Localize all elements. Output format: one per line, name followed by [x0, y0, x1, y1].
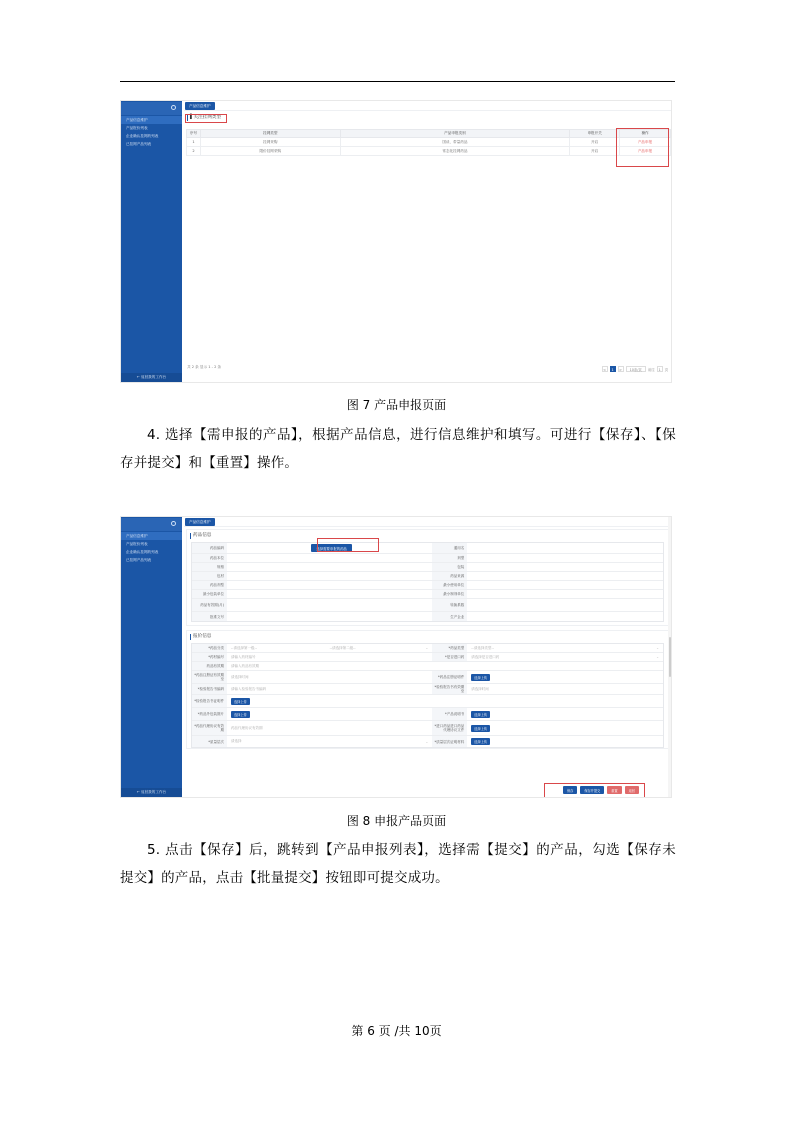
field-value[interactable]: 请输入药材编号 — [227, 653, 432, 661]
drug-info-row: 包材药品来源 — [192, 572, 663, 581]
upload-button[interactable]: 选择上传 — [471, 711, 490, 718]
table-row: 1 挂网采购 国谈、带量药品 开启 产品申报 — [187, 138, 671, 147]
tab-bar: 产品信息维护 — [184, 101, 671, 111]
field-label: *药品分类 — [192, 644, 227, 652]
field-label: *质量层次证明材料 — [432, 736, 467, 747]
quote-info-row: *药材编号请输入药材编号*是否进口药请选择是否进口药⌄ — [192, 653, 663, 662]
input-placeholder[interactable]: --请选择第一级-- — [231, 646, 257, 651]
field-value — [467, 543, 663, 553]
field-value — [227, 554, 432, 562]
table-row: 2 限价挂网采购 常态化挂网药品 开启 产品申报 — [187, 147, 671, 156]
field-value — [467, 572, 663, 580]
field-value — [467, 590, 663, 598]
input-placeholder[interactable]: 请输入药品有效期 — [231, 664, 259, 669]
back-to-workbench-button[interactable]: ← 返回我的工作台 — [121, 373, 182, 382]
field-label: 通用名 — [432, 543, 467, 553]
chevron-down-icon: ⌄ — [656, 646, 659, 650]
sidebar-item-listed-products[interactable]: 已挂网产品列表 — [121, 140, 182, 148]
field-value[interactable]: 选择上传 — [467, 708, 663, 720]
tab-bar: 产品信息维护 — [184, 517, 671, 527]
field-label: *药品注册证明件 — [432, 671, 467, 683]
drug-info-row: 药品编码选择需要申报的药品通用名 — [192, 543, 663, 554]
field-label: *检验报告书有效期至 — [432, 684, 467, 694]
field-label: *药材编号 — [192, 653, 227, 661]
upload-button[interactable]: 选择上传 — [231, 711, 250, 718]
field-value[interactable]: 请输入检验报告书编码 — [227, 684, 432, 694]
field-label: 最小包装单位 — [192, 590, 227, 598]
quote-info-grid: *药品分类--请选择第一级----请选择第二级--⌄*药品类型--请选择类型--… — [191, 643, 664, 748]
quote-info-title: 报价信息 — [190, 634, 668, 640]
input-placeholder[interactable]: 请选择是否进口药 — [471, 655, 499, 660]
drug-info-row: 规格包装 — [192, 563, 663, 572]
field-label: 药品编码 — [192, 543, 227, 553]
field-label: *是否进口药 — [432, 653, 467, 661]
field-label: 包装 — [432, 563, 467, 571]
record-count: 共 2 条 显示 1 - 2 条 — [187, 365, 221, 370]
field-label: 包材 — [192, 572, 227, 580]
cell-type: 挂网采购 — [200, 138, 340, 147]
field-value[interactable]: 药品代理协议有效期 — [227, 721, 432, 735]
quote-info-row: *质量层次请选择⌄*质量层次证明材料选择上传 — [192, 736, 663, 747]
figure-7-screenshot: 产品信息维护 产品报价列表 企业确认挂网药列表 已挂网产品列表 ← 返回我的工作… — [120, 100, 672, 383]
paragraph-step-4: 4. 选择【需申报的产品】，根据产品信息，进行信息维护和填写。可进行【保存】、【… — [120, 421, 676, 477]
field-value — [467, 554, 663, 562]
field-label: 药品有效期(月) — [192, 599, 227, 611]
field-label: 规格 — [192, 563, 227, 571]
cell-index: 1 — [187, 138, 201, 147]
input-placeholder[interactable]: 请选择时间 — [471, 687, 489, 692]
upload-button[interactable]: 选择上传 — [471, 725, 490, 732]
field-value[interactable]: 请选择是否进口药⌄ — [467, 653, 663, 661]
field-value — [467, 563, 663, 571]
field-label: *药品类型 — [432, 644, 467, 652]
highlight-box-actions — [616, 128, 669, 167]
main-area: 产品信息维护 药品信息 药品编码选择需要申报的药品通用名药品本位剂型规格包装包材… — [184, 517, 671, 797]
quote-info-row: *检验报告书编码请输入检验报告书编码*检验报告书有效期至请选择时间 — [192, 684, 663, 695]
input-placeholder[interactable]: 药品代理协议有效期 — [231, 726, 263, 731]
paragraph-step-5: 5. 点击【保存】后，跳转到【产品申报列表】，选择需【提交】的产品，勾选【保存未… — [120, 836, 676, 892]
field-value — [467, 612, 663, 621]
field-label: *检验报告书证明件 — [192, 695, 227, 707]
drug-info-grid: 药品编码选择需要申报的药品通用名药品本位剂型规格包装包材药品来源药品剂型最小使用… — [191, 542, 664, 622]
field-label: *进口药品进口药品代理协议文件 — [432, 721, 467, 735]
drug-info-row: 药品本位剂型 — [192, 554, 663, 563]
quote-info-row: 药品有效期请输入药品有效期 — [192, 662, 663, 671]
scrollbar-thumb[interactable] — [669, 637, 671, 677]
field-value[interactable]: 选择上传 — [227, 708, 432, 720]
field-label: 药品来源 — [432, 572, 467, 580]
field-value — [467, 599, 663, 611]
upload-button[interactable]: 选择上传 — [231, 698, 250, 705]
field-value — [467, 581, 663, 589]
field-value[interactable]: 选择上传 — [227, 695, 420, 707]
field-label: *检验报告书编码 — [192, 684, 227, 694]
tab-product-info[interactable]: 产品信息维护 — [185, 518, 215, 526]
paragraph-step-4-text: 4. 选择【需申报的产品】，根据产品信息，进行信息维护和填写。可进行【保存】、【… — [120, 427, 676, 471]
field-label: *药品注册证有效期至 — [192, 671, 227, 683]
field-label: 药品本位 — [192, 554, 227, 562]
sidebar-item-enterprise-confirm[interactable]: 企业确认挂网药列表 — [121, 548, 182, 556]
sidebar-item-enterprise-confirm[interactable]: 企业确认挂网药列表 — [121, 132, 182, 140]
scrollbar[interactable] — [668, 517, 671, 797]
drug-info-row: 药品有效期(月)转换系数 — [192, 599, 663, 612]
field-value[interactable]: --请选择第一级----请选择第二级--⌄ — [227, 644, 432, 652]
select-placeholder[interactable]: --请选择第二级-- — [330, 646, 356, 651]
quote-info-row: *药品分类--请选择第一级----请选择第二级--⌄*药品类型--请选择类型--… — [192, 644, 663, 653]
page-suffix: 页 — [665, 367, 668, 372]
figure-8-caption: 图 8 申报产品页面 — [0, 812, 793, 829]
field-value[interactable]: 选择上传 — [467, 671, 663, 683]
drug-info-title: 药品信息 — [190, 533, 668, 539]
field-label: 最小制剂单位 — [432, 590, 467, 598]
field-label: 剂型 — [432, 554, 467, 562]
quote-info-row: *药品注册证有效期至请选择时间*药品注册证明件选择上传 — [192, 671, 663, 684]
field-value — [227, 590, 432, 598]
field-value[interactable]: 选择上传 — [467, 736, 663, 747]
input-placeholder[interactable]: --请选择类型-- — [471, 646, 494, 651]
next-page-button[interactable]: > — [618, 366, 624, 372]
field-label: 药品有效期 — [192, 662, 227, 670]
goto-input[interactable]: 1 — [657, 366, 663, 372]
cell-type: 限价挂网采购 — [200, 147, 340, 156]
goto-label: 前往 — [648, 367, 655, 372]
sidebar-item-product-quote[interactable]: 产品报价列表 — [121, 124, 182, 132]
field-label: *药品外包装图片 — [192, 708, 227, 720]
sidebar-item-product-info[interactable]: 产品信息维护 — [121, 116, 182, 124]
upload-button[interactable]: 选择上传 — [471, 738, 490, 745]
highlight-box — [185, 114, 227, 123]
field-label: *产品说明书 — [432, 708, 467, 720]
search-icon — [171, 521, 176, 526]
field-value[interactable]: 请选择时间 — [227, 671, 432, 683]
drug-info-row: 药品剂型最小使用单位 — [192, 581, 663, 590]
field-value — [227, 581, 432, 589]
quote-info-row: *药品代理协议有效期药品代理协议有效期*进口药品进口药品代理协议文件选择上传 — [192, 721, 663, 736]
field-value[interactable]: 选择上传 — [467, 721, 663, 735]
col-category: 产品申报类别 — [340, 130, 570, 138]
drug-info-row: 最小包装单位最小制剂单位 — [192, 590, 663, 599]
col-type: 挂网类型 — [200, 130, 340, 138]
field-value[interactable]: --请选择类型--⌄ — [467, 644, 663, 652]
input-placeholder[interactable]: 请选择时间 — [231, 675, 249, 680]
figure-8-screenshot: 产品信息维护 产品报价列表 企业确认挂网药列表 已挂网产品列表 ← 返回我的工作… — [120, 516, 672, 798]
field-label: 药品剂型 — [192, 581, 227, 589]
field-value — [227, 612, 432, 621]
cell-index: 2 — [187, 147, 201, 156]
field-value[interactable]: 请输入药品有效期 — [227, 662, 420, 670]
field-value[interactable]: 请选择⌄ — [227, 736, 432, 747]
chevron-down-icon: ⌄ — [425, 740, 428, 744]
field-value[interactable]: 请选择时间 — [467, 684, 663, 694]
sidebar: 产品信息维护 产品报价列表 企业确认挂网药列表 已挂网产品列表 ← 返回我的工作… — [121, 517, 182, 797]
field-label: 最小使用单位 — [432, 581, 467, 589]
input-placeholder[interactable]: 请输入药材编号 — [231, 655, 256, 660]
field-value — [227, 563, 432, 571]
chevron-down-icon: ⌄ — [656, 655, 659, 659]
pagination: < 1 > 10条/页 前往 1 页 — [602, 366, 668, 372]
sidebar-search[interactable] — [121, 102, 182, 115]
drug-info-row: 批准文号生产企业 — [192, 612, 663, 621]
page-size-select[interactable]: 10条/页 — [626, 366, 646, 372]
quote-info-panel: 报价信息 *药品分类--请选择第一级----请选择第二级--⌄*药品类型--请选… — [186, 630, 669, 749]
field-label: *质量层次 — [192, 736, 227, 747]
highlight-box-select — [317, 538, 379, 552]
col-index: 序号 — [187, 130, 201, 138]
listing-type-table: 序号 挂网类型 产品申报类别 申报开关 操作 1 挂网采购 国谈、带量药品 开启… — [186, 129, 671, 156]
cell-category: 国谈、带量药品 — [340, 138, 570, 147]
chevron-down-icon: ⌄ — [425, 646, 428, 650]
field-label: 批准文号 — [192, 612, 227, 621]
page-1-button[interactable]: 1 — [610, 366, 616, 372]
sidebar-search[interactable] — [121, 518, 182, 531]
main-area: 产品信息维护 ▌关注挂网类型 序号 挂网类型 产品申报类别 申报开关 操作 1 … — [184, 101, 671, 382]
cell-switch: 开启 — [570, 147, 620, 156]
back-to-workbench-button[interactable]: ← 返回我的工作台 — [121, 788, 182, 797]
quote-info-row: *检验报告书证明件选择上传 — [192, 695, 663, 708]
page-footer: 第 6 页 /共 10页 — [0, 1022, 793, 1039]
input-placeholder[interactable]: 请输入检验报告书编码 — [231, 687, 266, 692]
sidebar-item-product-quote[interactable]: 产品报价列表 — [121, 540, 182, 548]
cell-category: 常态化挂网药品 — [340, 147, 570, 156]
field-label: 转换系数 — [432, 599, 467, 611]
paragraph-step-5-text: 5. 点击【保存】后，跳转到【产品申报列表】，选择需【提交】的产品，勾选【保存未… — [120, 842, 676, 886]
quote-info-row: *药品外包装图片选择上传*产品说明书选择上传 — [192, 708, 663, 721]
field-value — [227, 599, 432, 611]
tab-product-info[interactable]: 产品信息维护 — [185, 102, 215, 110]
field-value — [227, 572, 432, 580]
cell-switch: 开启 — [570, 138, 620, 147]
highlight-box-actions — [544, 783, 645, 798]
input-placeholder[interactable]: 请选择 — [231, 739, 242, 744]
search-icon — [171, 105, 176, 110]
drug-info-panel: 药品信息 药品编码选择需要申报的药品通用名药品本位剂型规格包装包材药品来源药品剂… — [186, 529, 669, 626]
sidebar: 产品信息维护 产品报价列表 企业确认挂网药列表 已挂网产品列表 ← 返回我的工作… — [121, 101, 182, 382]
upload-button[interactable]: 选择上传 — [471, 674, 490, 681]
col-switch: 申报开关 — [570, 130, 620, 138]
prev-page-button[interactable]: < — [602, 366, 608, 372]
sidebar-item-product-info[interactable]: 产品信息维护 — [121, 532, 182, 540]
sidebar-item-listed-products[interactable]: 已挂网产品列表 — [121, 556, 182, 564]
field-label: *药品代理协议有效期 — [192, 721, 227, 735]
header-rule — [120, 81, 675, 82]
figure-7-caption: 图 7 产品申报页面 — [0, 396, 793, 413]
field-label: 生产企业 — [432, 612, 467, 621]
